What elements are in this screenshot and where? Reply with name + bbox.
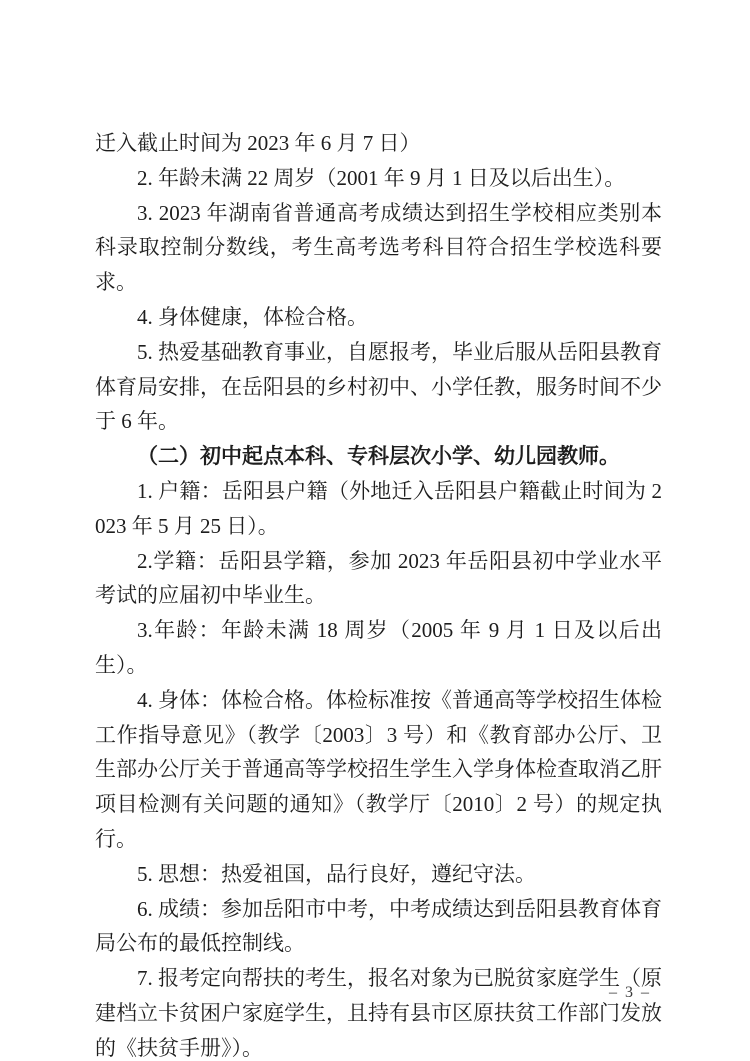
document-body: 迁入截止时间为 2023 年 6 月 7 日） 2. 年龄未满 22 周岁（20…	[95, 126, 662, 1061]
section-heading: （二）初中起点本科、专科层次小学、幼儿园教师。	[95, 439, 662, 474]
paragraph-item-2: 2. 年龄未满 22 周岁（2001 年 9 月 1 日及以后出生）。	[95, 161, 662, 196]
paragraph-item-5: 5. 热爱基础教育事业，自愿报考，毕业后服从岳阳县教育体育局安排，在岳阳县的乡村…	[95, 335, 662, 439]
paragraph-item-huji: 1. 户籍：岳阳县户籍（外地迁入岳阳县户籍截止时间为 2023 年 5 月 25…	[95, 474, 662, 544]
paragraph-item-3: 3. 2023 年湖南省普通高考成绩达到招生学校相应类别本科录取控制分数线，考生…	[95, 196, 662, 300]
paragraph-continuation: 迁入截止时间为 2023 年 6 月 7 日）	[95, 126, 662, 161]
paragraph-item-chengji: 6. 成绩：参加岳阳市中考，中考成绩达到岳阳县教育体育局公布的最低控制线。	[95, 892, 662, 962]
paragraph-item-xueji: 2.学籍：岳阳县学籍，参加 2023 年岳阳县初中学业水平考试的应届初中毕业生。	[95, 544, 662, 614]
document-page: 迁入截止时间为 2023 年 6 月 7 日） 2. 年龄未满 22 周岁（20…	[0, 0, 750, 1061]
paragraph-item-nianling: 3.年龄：年龄未满 18 周岁（2005 年 9 月 1 日及以后出生）。	[95, 613, 662, 683]
paragraph-item-sixiang: 5. 思想：热爱祖国，品行良好，遵纪守法。	[95, 857, 662, 892]
paragraph-item-dingxiang: 7. 报考定向帮扶的考生，报名对象为已脱贫家庭学生（原建档立卡贫困户家庭学生，且…	[95, 961, 662, 1061]
paragraph-item-4: 4. 身体健康，体检合格。	[95, 300, 662, 335]
paragraph-item-shenti: 4. 身体：体检合格。体检标准按《普通高等学校招生体检工作指导意见》（教学〔20…	[95, 683, 662, 857]
page-number: – 3 –	[570, 983, 690, 1003]
